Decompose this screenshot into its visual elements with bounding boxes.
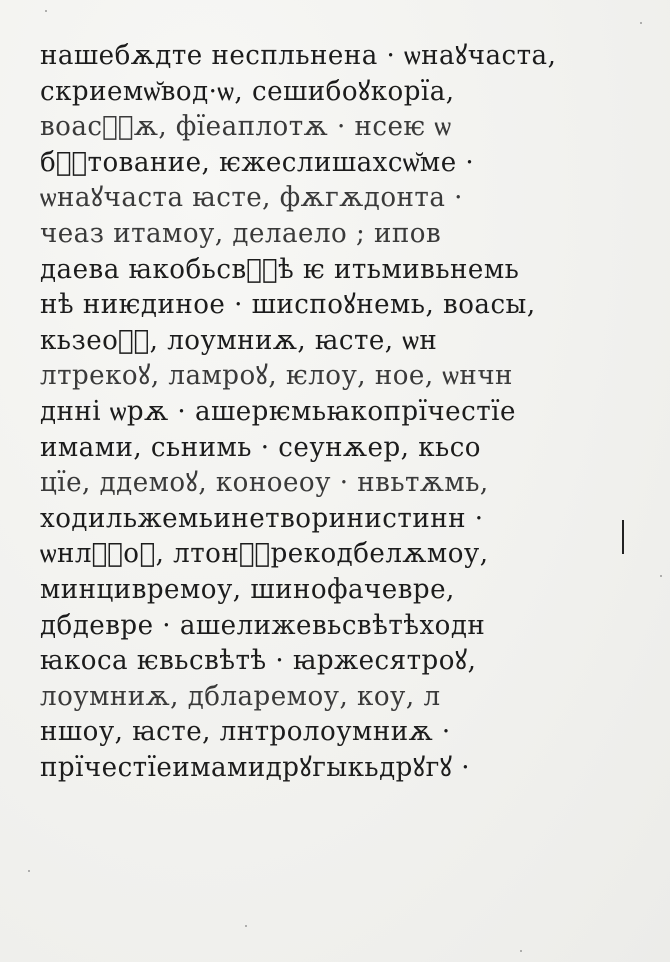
- manuscript-line-16: минцивремоу, шинофачевре,: [40, 572, 620, 608]
- manuscript-line-2: скриемѡ̆вод·ѡ, сешибоꙋкорїа,: [40, 74, 620, 110]
- manuscript-line-12: имами, сьнимь · сеунѫер, кьсо: [40, 430, 620, 466]
- paper-speck: [28, 870, 30, 872]
- paper-speck: [45, 10, 47, 12]
- manuscript-line-18: ꙗкоса ѥвьсвѣтѣ · ꙗржесятроꙋ,: [40, 643, 620, 679]
- manuscript-line-21: прїчестїеимамидрꙋгыкьдрꙋгꙋ ·: [40, 750, 620, 786]
- margin-stroke-mark: [622, 520, 624, 554]
- manuscript-line-3: воасⷴ҇ѫ, фїеаплотѫ · нсеѥ ѡ: [40, 109, 620, 145]
- manuscript-line-17: дбдевре · ашелижевьсвѣтѣходн: [40, 608, 620, 644]
- manuscript-line-15: ѡнлⷥ҇оꙋ, лтонⷠ҇рекодбелѫмоу,: [40, 536, 620, 572]
- manuscript-line-8: нѣ ниѥдиное · шиспоꙋнемь, воасы,: [40, 287, 620, 323]
- manuscript-line-4: бⷮ҇тование, ѥжеслишахсѡ̆ме ·: [40, 145, 620, 181]
- paper-speck: [520, 950, 522, 952]
- manuscript-line-13: цїе, ддемоꙋ, коноеоу · нвьтѫмь,: [40, 465, 620, 501]
- paper-speck: [640, 22, 642, 24]
- manuscript-line-10: лтрекоꙋ, ламроꙋ, ѥлоу, ное, ѡнчн: [40, 358, 620, 394]
- manuscript-line-14: ходильжемьинетворинистинн ·: [40, 501, 620, 537]
- manuscript-line-5: ѡнаꙋчаста ꙗсте, фѫгѫдонта ·: [40, 180, 620, 216]
- manuscript-line-19: лоумниѫ, дбларемоу, коу, л: [40, 679, 620, 715]
- manuscript-line-6: чеаз итамоу, делаело ; ипов: [40, 216, 620, 252]
- manuscript-line-20: ншоу, ꙗсте, лнтролоумниѫ ·: [40, 714, 620, 750]
- manuscript-line-1: нашебѫдте неспльнена · ѡнаꙋчаста,: [40, 38, 620, 74]
- paper-speck: [660, 575, 662, 577]
- manuscript-line-9: кьзеоⷪ҇, лоумниѫ, ꙗсте, ѡн: [40, 323, 620, 359]
- manuscript-page: нашебѫдте неспльнена · ѡнаꙋчаста, скрием…: [0, 0, 670, 962]
- manuscript-line-11: днні ѡрѫ · ашерѥмьꙗкопрїчестїе: [40, 394, 620, 430]
- manuscript-line-7: даева ꙗкобьсвⷮ҇ѣ ѥ итьмивьнемь: [40, 252, 620, 288]
- manuscript-text-block: нашебѫдте неспльнена · ѡнаꙋчаста, скрием…: [40, 38, 640, 785]
- paper-speck: [245, 925, 247, 927]
